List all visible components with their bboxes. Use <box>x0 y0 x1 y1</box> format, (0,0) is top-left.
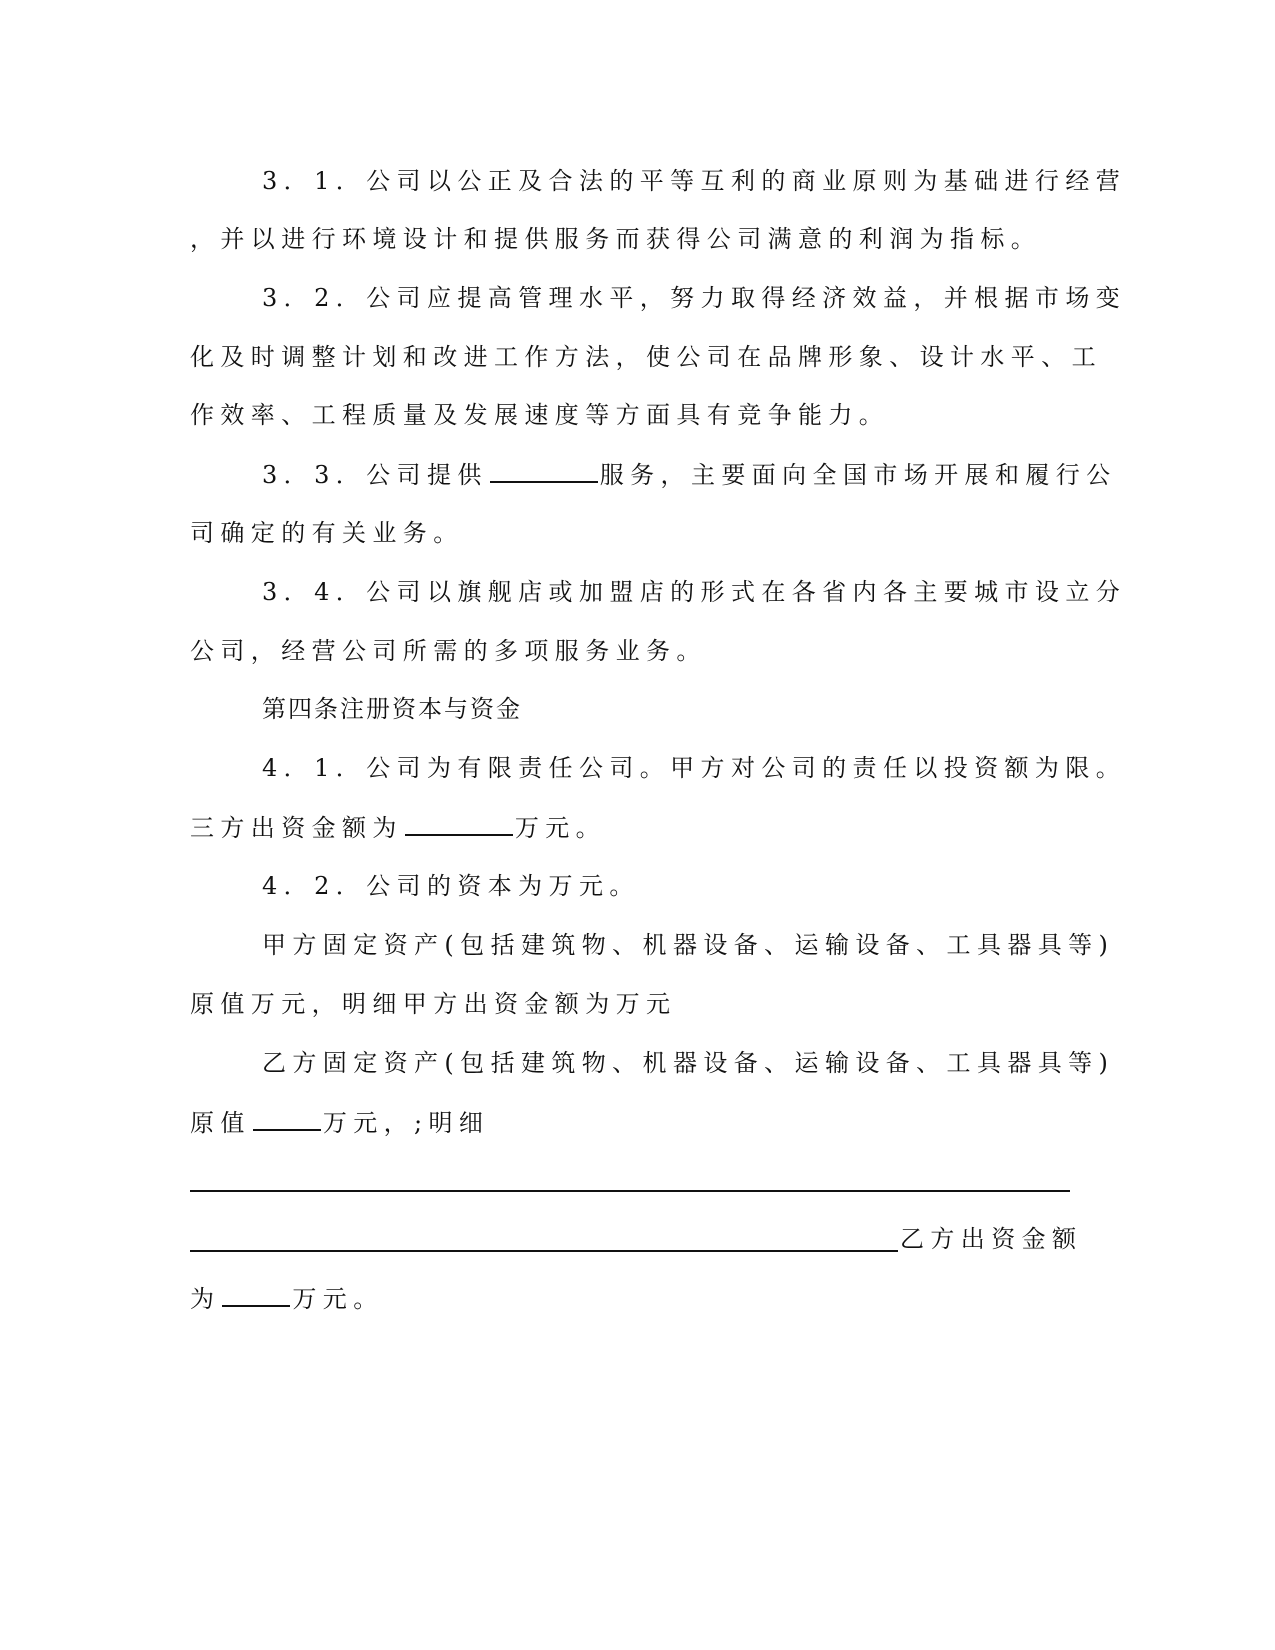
clause-3-4-line-2: 公司，经营公司所需的多项服务业务。 <box>190 636 1070 666</box>
clause-3-2-line-3: 作效率、工程质量及发展速度等方面具有竞争能力。 <box>190 400 1070 430</box>
party-b-line5-before: 为 <box>190 1285 220 1313</box>
party-b-line-2: 原值万元，;明细 <box>190 1107 1070 1138</box>
party-b-text-before: 原值 <box>190 1109 251 1137</box>
clause-4-1-text-before: 三方出资金额为 <box>190 814 403 842</box>
article-4-heading: 第四条注册资本与资金 <box>262 694 1142 724</box>
clause-4-1-text-after: 万元。 <box>515 814 606 842</box>
party-b-contribution-label: 乙方出资金额 <box>900 1224 1070 1254</box>
detail-blank-line-2[interactable] <box>190 1250 898 1252</box>
clause-3-1-line-1: 3．1．公司以公正及合法的平等互利的商业原则为基础进行经营 <box>262 166 1142 196</box>
clause-3-2-line-2: 化及时调整计划和改进工作方法，使公司在品牌形象、设计水平、工 <box>190 342 1070 372</box>
clause-4-1-line-1: 4．1．公司为有限责任公司。甲方对公司的责任以投资额为限。 <box>262 753 1142 783</box>
clause-3-2-line-1: 3．2．公司应提高管理水平，努力取得经济效益，并根据市场变 <box>262 283 1142 313</box>
clause-4-1-line-2: 三方出资金额为万元。 <box>190 812 1070 843</box>
contribution-amount-blank-field[interactable] <box>405 812 513 836</box>
clause-3-4-line-1: 3．4．公司以旗舰店或加盟店的形式在各省内各主要城市设立分 <box>262 577 1142 607</box>
party-b-contribution-blank-field[interactable] <box>222 1283 290 1307</box>
clause-3-3-line-1: 3．3．公司提供服务，主要面向全国市场开展和履行公 <box>262 459 1142 490</box>
party-b-text-after: 万元，;明细 <box>323 1109 490 1137</box>
party-b-line-5: 为万元。 <box>190 1283 1070 1314</box>
clause-3-3-text-before: 3．3．公司提供 <box>262 461 488 489</box>
clause-3-3-text-after: 服务，主要面向全国市场开展和履行公 <box>600 461 1117 489</box>
clause-4-2: 4．2．公司的资本为万元。 <box>262 871 1142 901</box>
party-a-line-1: 甲方固定资产(包括建筑物、机器设备、运输设备、工具器具等) <box>262 930 1142 960</box>
party-b-original-value-blank-field[interactable] <box>253 1107 321 1131</box>
clause-3-1-line-2: ，并以进行环境设计和提供服务而获得公司满意的利润为指标。 <box>190 224 1070 254</box>
detail-blank-line-1[interactable] <box>190 1190 1070 1192</box>
party-a-line-2: 原值万元，明细甲方出资金额为万元 <box>190 989 1070 1019</box>
clause-3-3-line-2: 司确定的有关业务。 <box>190 518 1070 548</box>
document-page: 3．1．公司以公正及合法的平等互利的商业原则为基础进行经营 ，并以进行环境设计和… <box>0 0 1275 1650</box>
party-b-line-1: 乙方固定资产(包括建筑物、机器设备、运输设备、工具器具等) <box>262 1048 1142 1078</box>
service-blank-field[interactable] <box>490 459 598 483</box>
party-b-line5-after: 万元。 <box>292 1285 383 1313</box>
